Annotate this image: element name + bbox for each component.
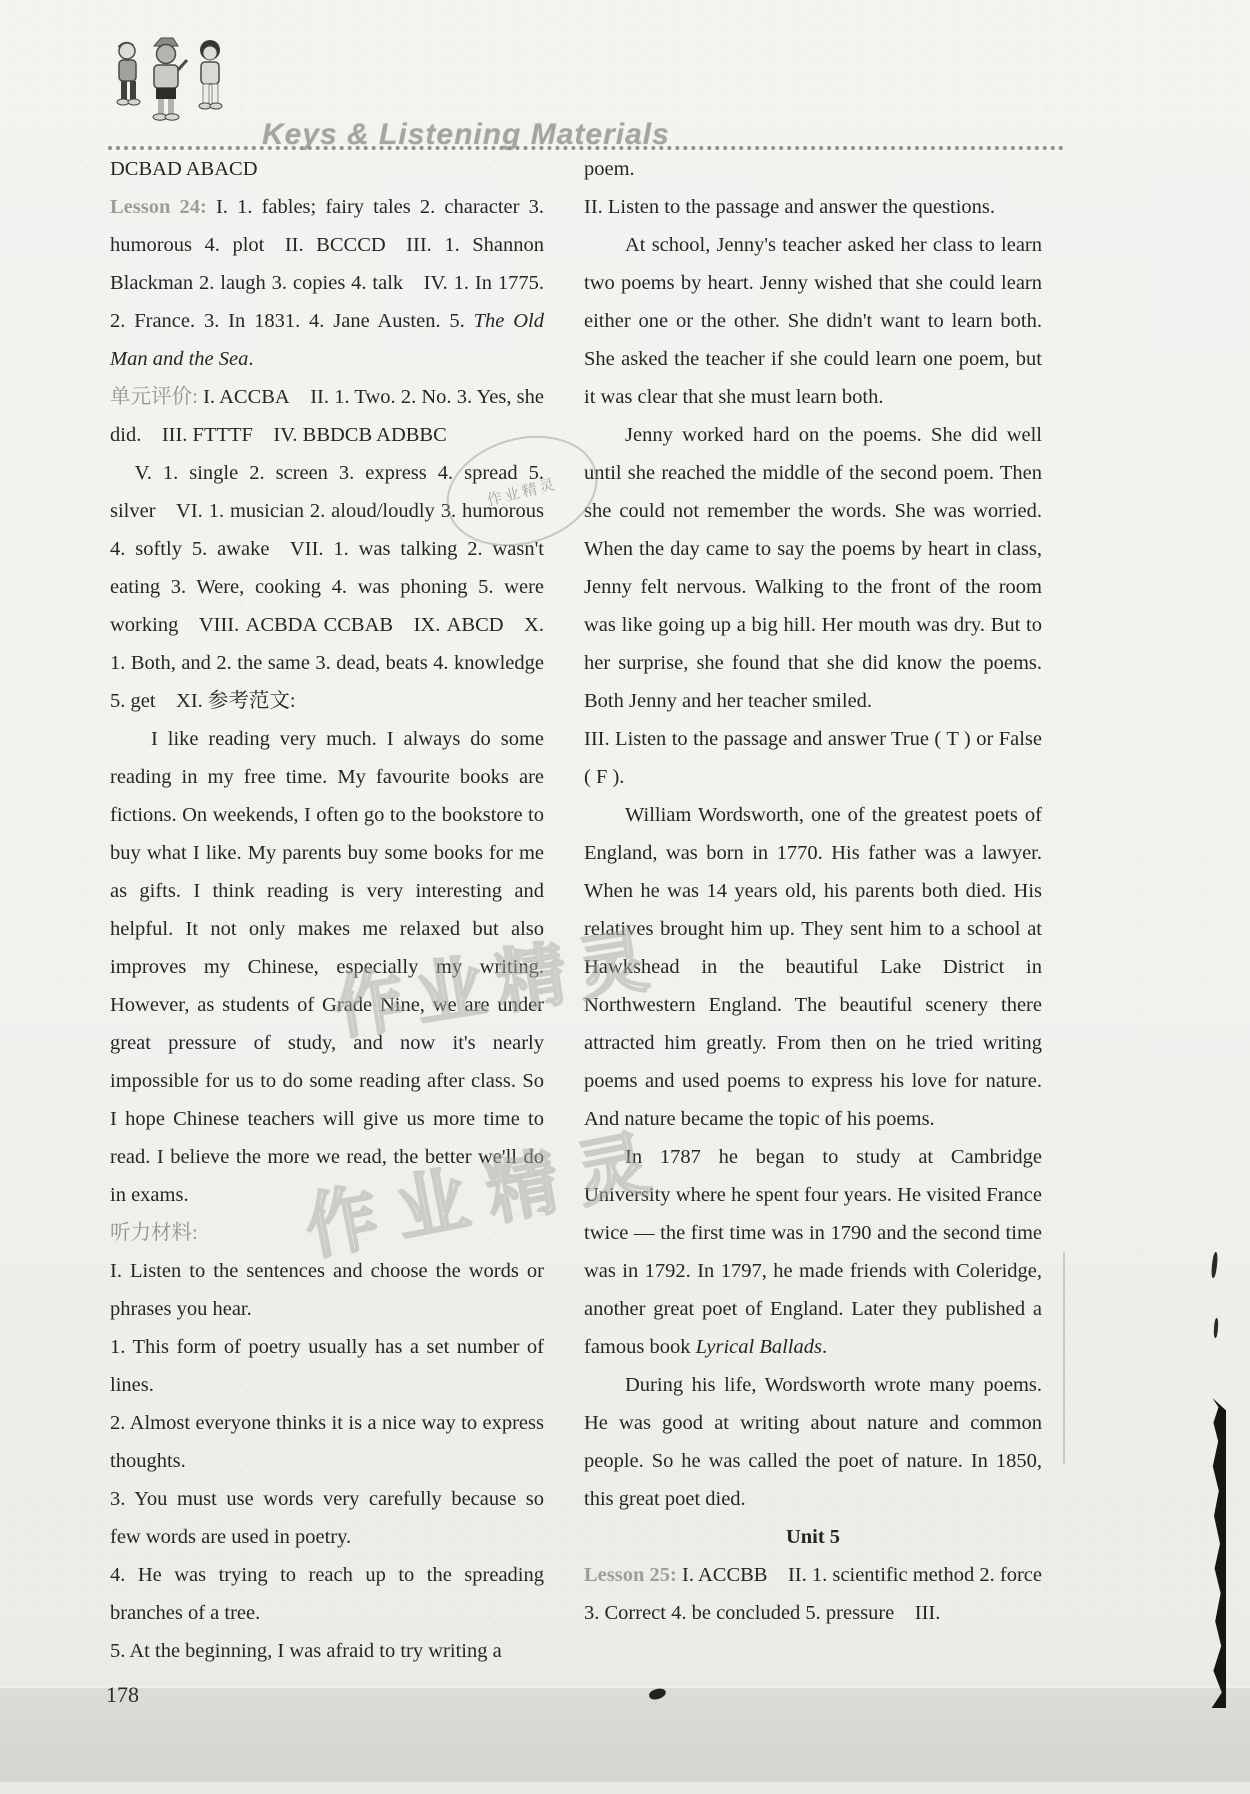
scan-speck xyxy=(1211,1252,1219,1278)
text-segment: II. Listen to the passage and answer the… xyxy=(584,196,995,218)
text-segment: poem. xyxy=(584,158,635,180)
text-segment: At school, Jenny's teacher asked her cla… xyxy=(584,234,1042,408)
paragraph: Jenny worked hard on the poems. She did … xyxy=(584,416,1042,720)
paragraph: 1. This form of poetry usually has a set… xyxy=(110,1328,544,1404)
scan-spine-shadow xyxy=(1196,1398,1226,1708)
text-segment: Lesson 25: xyxy=(584,1564,677,1586)
text-segment: 5. At the beginning, I was afraid to try… xyxy=(110,1640,502,1662)
paragraph: I. Listen to the sentences and choose th… xyxy=(110,1252,544,1328)
text-segment: 4. He was trying to reach up to the spre… xyxy=(110,1564,544,1624)
text-segment: I. Listen to the sentences and choose th… xyxy=(110,1260,544,1320)
page-number: 178 xyxy=(106,1682,139,1708)
text-segment: 1. This form of poetry usually has a set… xyxy=(110,1336,544,1396)
text-segment: During his life, Wordsworth wrote many p… xyxy=(584,1374,1042,1510)
paragraph: 4. He was trying to reach up to the spre… xyxy=(110,1556,544,1632)
text-segment: Lyrical Ballads xyxy=(696,1336,822,1358)
paragraph: During his life, Wordsworth wrote many p… xyxy=(584,1366,1042,1518)
scan-crease-line xyxy=(1063,1252,1065,1464)
paragraph: William Wordsworth, one of the greatest … xyxy=(584,796,1042,1138)
text-segment: . xyxy=(822,1336,827,1358)
scan-bottom-shadow xyxy=(0,1686,1250,1784)
paragraph: 听力材料: xyxy=(110,1214,544,1252)
paragraph: V. 1. single 2. screen 3. express 4. spr… xyxy=(110,454,544,720)
text-segment: 听力材料: xyxy=(110,1222,198,1244)
paragraph: Lesson 24: I. 1. fables; fairy tales 2. … xyxy=(110,188,544,378)
paragraph: poem. xyxy=(584,150,1042,188)
text-segment: Lesson 24: xyxy=(110,196,207,218)
scanned-answer-key-page: Keys & Listening Materials DCBAD ABACDLe… xyxy=(0,0,1250,1794)
text-segment: . xyxy=(248,348,253,370)
paragraph: 单元评价: I. ACCBA II. 1. Two. 2. No. 3. Yes… xyxy=(110,378,544,454)
text-segment: V. 1. single 2. screen 3. express 4. spr… xyxy=(110,462,544,712)
text-segment: Unit 5 xyxy=(786,1526,840,1548)
text-segment: III. Listen to the passage and answer Tr… xyxy=(584,728,1042,788)
cartoon-children-illustration xyxy=(110,34,238,138)
text-segment: 3. You must use words very carefully bec… xyxy=(110,1488,544,1548)
paragraph: II. Listen to the passage and answer the… xyxy=(584,188,1042,226)
text-segment: Jenny worked hard on the poems. She did … xyxy=(584,424,1042,712)
paragraph: III. Listen to the passage and answer Tr… xyxy=(584,720,1042,796)
text-segment: 单元评价: xyxy=(110,386,198,408)
paragraph: 3. You must use words very carefully bec… xyxy=(110,1480,544,1556)
paragraph: 2. Almost everyone thinks it is a nice w… xyxy=(110,1404,544,1480)
text-segment: DCBAD ABACD xyxy=(110,158,258,180)
paragraph: Unit 5 xyxy=(584,1518,1042,1556)
text-segment: I like reading very much. I always do so… xyxy=(110,728,544,1206)
paragraph: 5. At the beginning, I was afraid to try… xyxy=(110,1632,544,1670)
paragraph: At school, Jenny's teacher asked her cla… xyxy=(584,226,1042,416)
scan-bottom-edge xyxy=(0,1782,1250,1794)
paragraph: I like reading very much. I always do so… xyxy=(110,720,544,1214)
text-segment: 2. Almost everyone thinks it is a nice w… xyxy=(110,1412,544,1472)
paragraph: In 1787 he began to study at Cambridge U… xyxy=(584,1138,1042,1366)
left-column: DCBAD ABACDLesson 24: I. 1. fables; fair… xyxy=(110,150,544,1670)
paragraph: DCBAD ABACD xyxy=(110,150,544,188)
right-column: poem.II. Listen to the passage and answe… xyxy=(584,150,1042,1632)
scan-speck xyxy=(1213,1318,1218,1338)
text-segment: William Wordsworth, one of the greatest … xyxy=(584,804,1042,1130)
text-segment: In 1787 he began to study at Cambridge U… xyxy=(584,1146,1042,1358)
paragraph: Lesson 25: I. ACCBB II. 1. scientific me… xyxy=(584,1556,1042,1632)
